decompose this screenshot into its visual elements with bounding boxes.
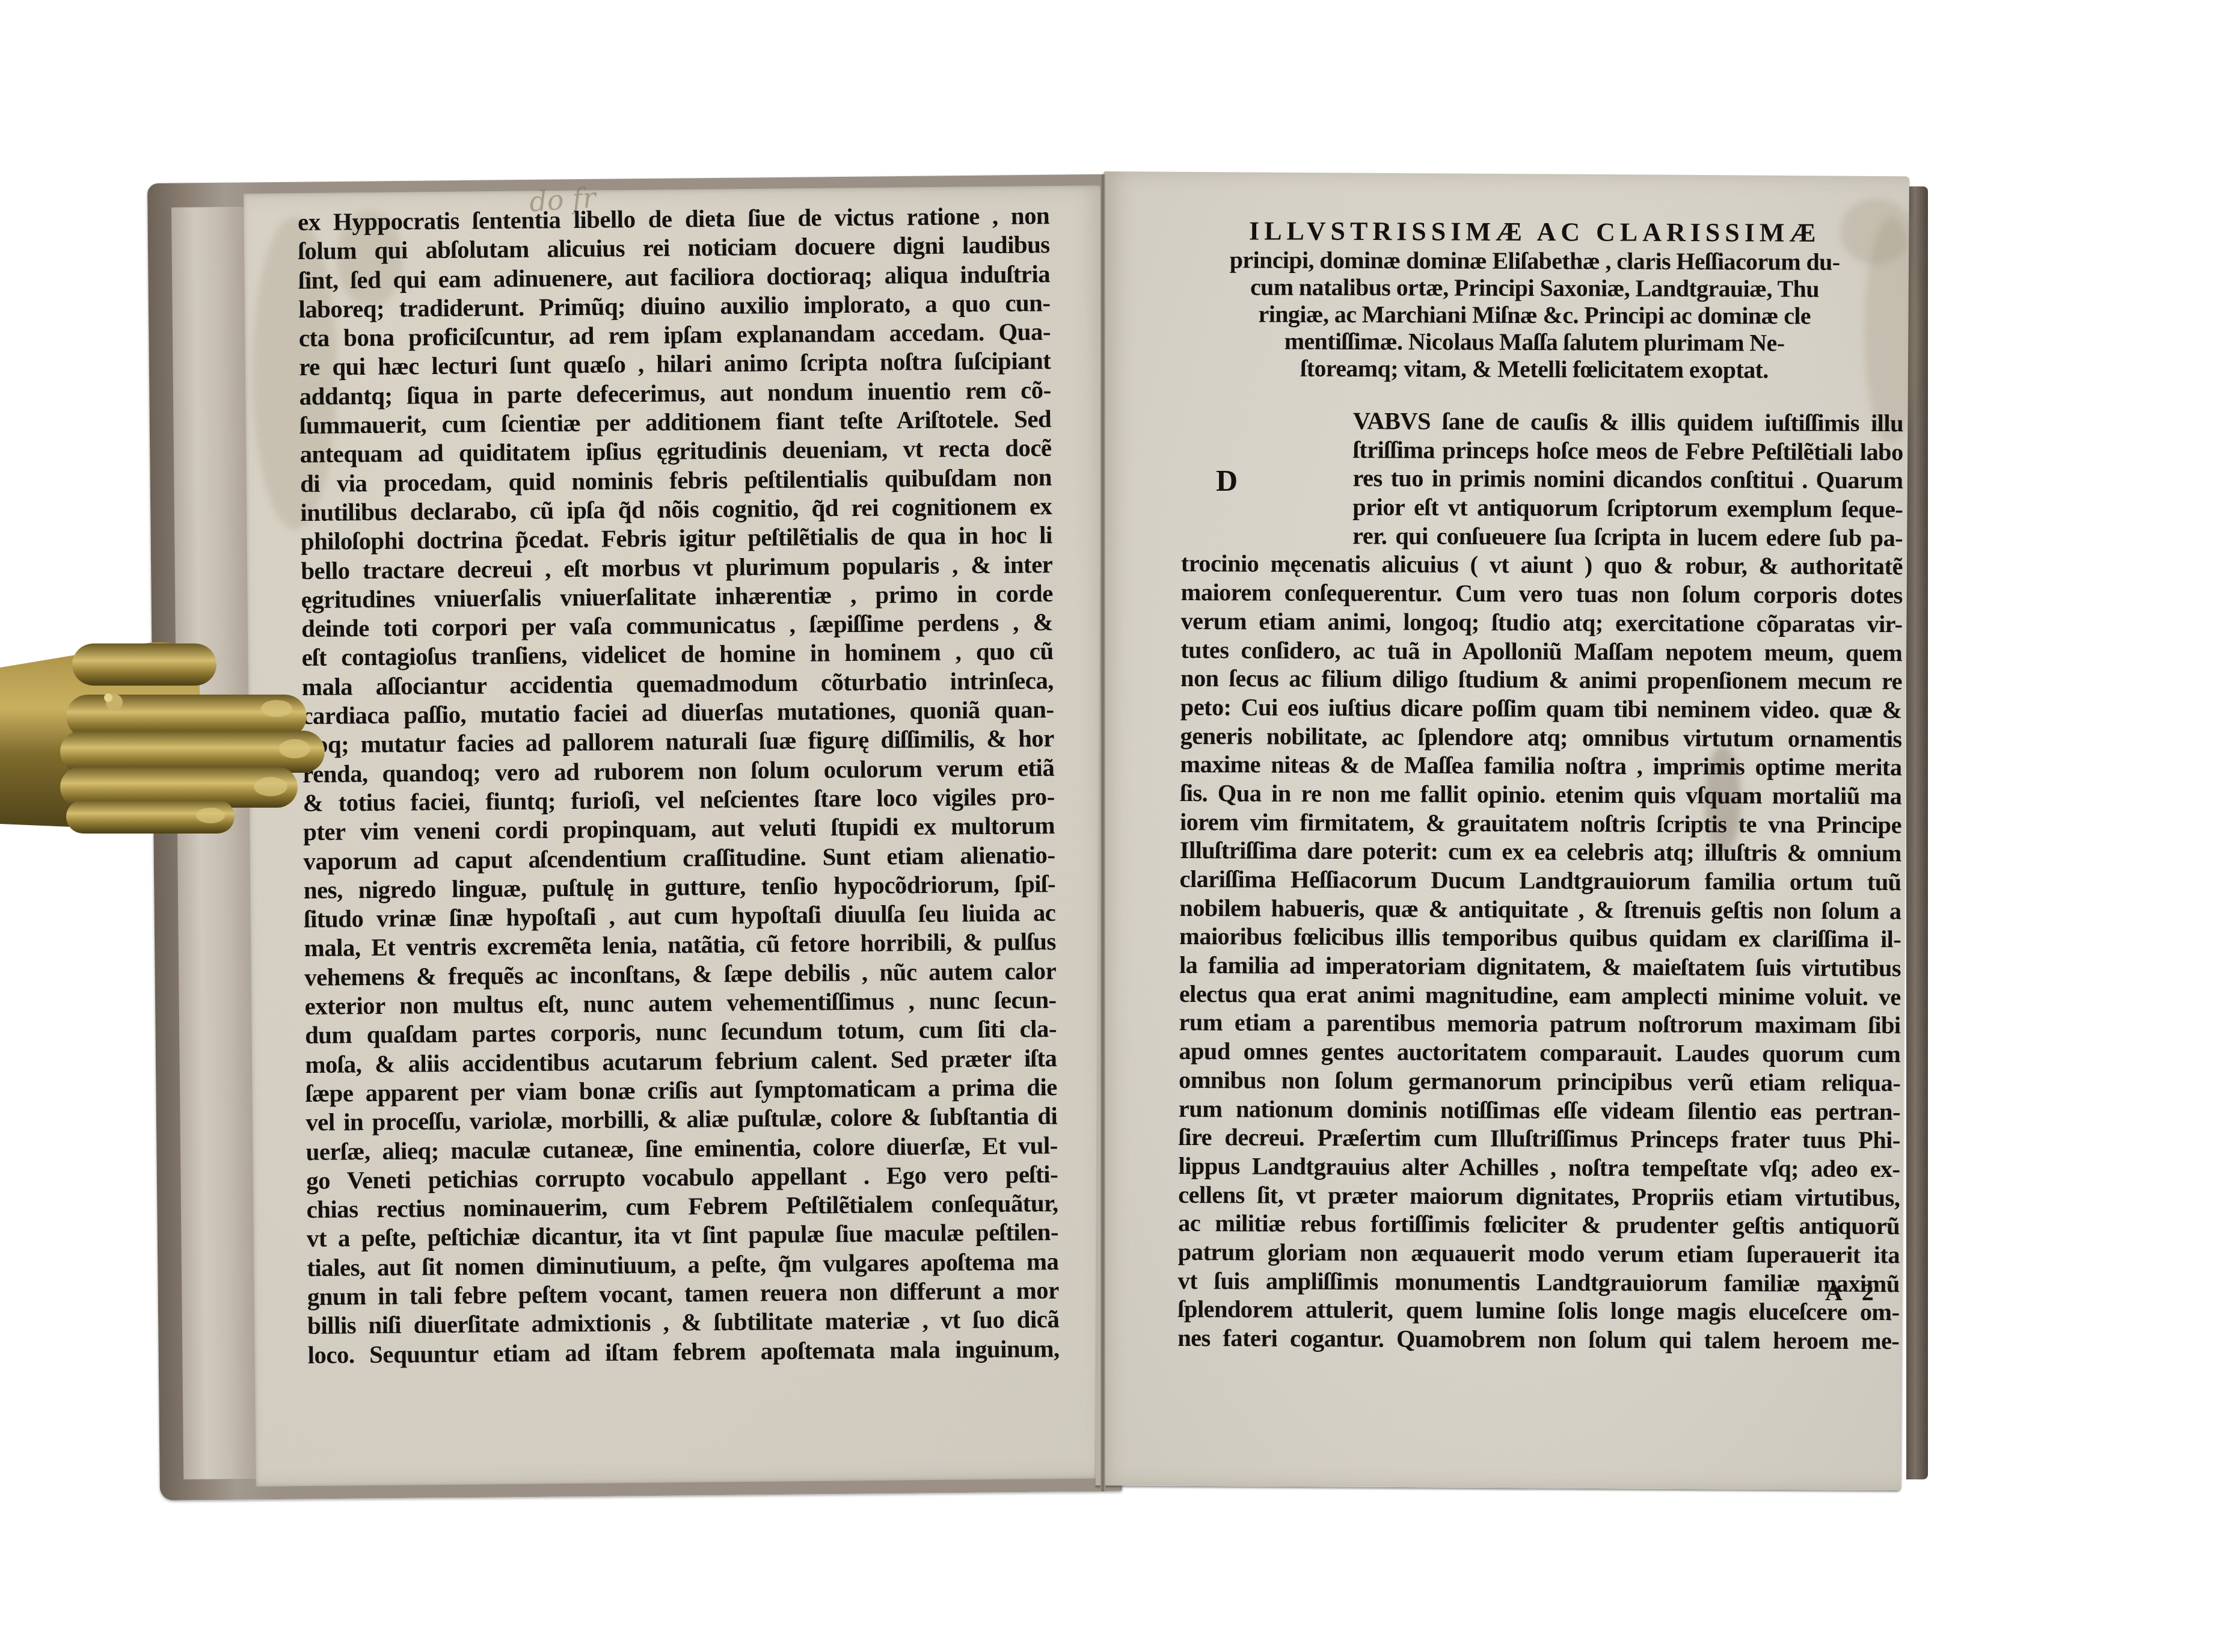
text-line: prior eſt vt antiquorum ſcriptorum exemp… [1181, 492, 1903, 524]
text-line: maiorem conſequerentur. Cum vero tuas no… [1181, 578, 1903, 610]
text-line: ſtriſſima princeps hoſce meos de Febre P… [1182, 435, 1903, 467]
text-line: maxime niteas & de Maſſea familia noſtra… [1180, 750, 1901, 782]
text-line: ſire decreui. Præſertim cum Illuſtriſſim… [1179, 1123, 1900, 1155]
text-line: rum etiam a parentibus memoria patrum no… [1179, 1008, 1900, 1040]
text-line: ſplendorem attulerit, quem lumine ſolis … [1177, 1295, 1899, 1327]
text-line: la familia ad imperatoriam dignitatem, &… [1179, 951, 1901, 983]
text-line: ſtoreamq; vitam, & Metelli fœlicitatem e… [1181, 354, 1888, 384]
text-line: Illuſtriſſima dare poterit: cum ex ea ce… [1180, 836, 1901, 868]
text-line: clariſſima Heſſiacorum Ducum Landtgrauio… [1179, 865, 1901, 897]
text-line: non ſecus ac filium diligo ſtudium & ani… [1180, 664, 1902, 696]
text-line: VABVS ſane de cauſis & illis quidem iuſt… [1182, 406, 1903, 438]
text-line: rum nationum dominis notiſſimas eſſe vid… [1179, 1094, 1900, 1126]
text-line: rer. qui conſueuere ſua ſcripta in lucem… [1181, 521, 1903, 553]
text-line: vt ſuis ampliſſimis monumentis Landtgrau… [1178, 1267, 1900, 1298]
text-line: res tuo in primis nomini dicandos conſti… [1181, 463, 1903, 495]
text-line: maioribus fœlicibus illis temporibus qui… [1179, 922, 1901, 954]
right-page-text: VABVS ſane de cauſis & illis quidem iuſt… [1177, 406, 1903, 1356]
text-line: lippus Landtgrauius alter Achilles , noſ… [1178, 1152, 1900, 1184]
text-line: cum natalibus ortæ, Principi Saxoniæ, La… [1181, 273, 1888, 302]
text-line: mentiſſimæ. Nicolaus Maſſa ſalutem pluri… [1181, 327, 1888, 357]
text-line: peto: Cui eos iuſtius dicare poſſim quam… [1180, 693, 1902, 725]
left-page-text: ex Hyppocratis ſententia libello de diet… [298, 201, 1060, 1369]
book-gutter [1100, 174, 1105, 1491]
text-line: nobilem habueris, quæ & antiquitate , & … [1179, 894, 1901, 926]
text-line: electus qua erat animi magnitudine, eam … [1179, 980, 1901, 1012]
dedication-heading: 2 ILLVSTRISSIMÆ AC CLARISSIMÆ principi, … [1181, 192, 1903, 384]
text-line: verum etiam animi, longoq; ſtudio atq; e… [1180, 607, 1902, 639]
text-line: patrum gloriam non æquauerit modo verum … [1178, 1238, 1900, 1270]
text-line: iorem vim firmitatem, & grauitatem noſtr… [1180, 808, 1901, 840]
text-line: apud omnes gentes auctoritatem comparaui… [1179, 1037, 1900, 1069]
signature-mark: A 2 [1825, 1278, 1874, 1306]
brass-hand-page-weight-icon [0, 631, 337, 860]
text-line: ſis. Qua in re non me fallit opinio. ete… [1180, 779, 1901, 811]
text-line: ringiæ, ac Marchiani Miſnæ &c. Principi … [1181, 300, 1888, 330]
text-line: omnibus non ſolum germanorum principibus… [1179, 1066, 1900, 1098]
text-line: principi, dominæ dominæ Eliſabethæ , cla… [1182, 246, 1888, 275]
text-line: cellens ſit, vt præter maiorum dignitate… [1178, 1181, 1900, 1212]
text-line: trocinio męcenatis alicuius ( vt aiunt )… [1181, 549, 1903, 581]
text-line: tutes conſidero, ac tuã in Apolloniũ Maſ… [1180, 635, 1902, 667]
text-line: ac militiæ rebus fortiſſimis fœliciter &… [1178, 1209, 1900, 1241]
heading-capitals: ILLVSTRISSIMÆ AC CLARISSIMÆ [1182, 215, 1888, 248]
text-line: nes fateri cogantur. Quamobrem non ſolum… [1177, 1324, 1899, 1356]
text-line: generis nobilitate, ac ſplendore atq; om… [1180, 722, 1902, 754]
